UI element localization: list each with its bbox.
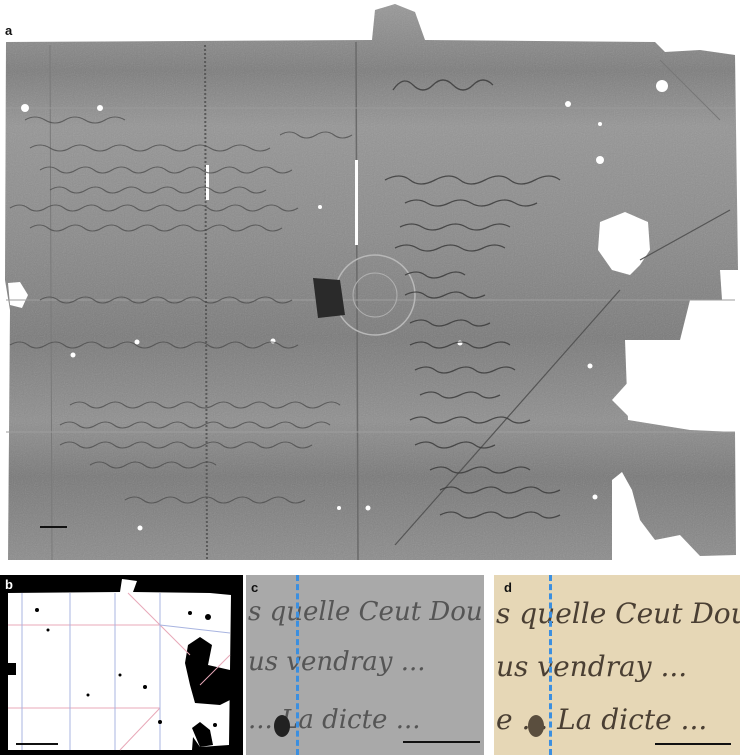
- panel-c-label: c: [251, 580, 258, 595]
- text-line-1: s quelle Ceut Dou: [248, 597, 483, 627]
- text-line-2: us vendray ...: [496, 650, 687, 683]
- ink-blot: [274, 715, 290, 737]
- text-line-1: s quelle Ceut Dou: [496, 597, 740, 630]
- ink-blot: [528, 715, 544, 737]
- panel-b-label: b: [5, 577, 13, 592]
- scale-bar: [16, 743, 58, 745]
- panel-d-label: d: [504, 580, 512, 595]
- letter-scan-image: [0, 0, 740, 565]
- mask-image: [0, 575, 243, 755]
- reference-dashed-line: [549, 575, 552, 755]
- panel-b-binary-mask: b: [0, 575, 243, 755]
- scale-bar: [403, 741, 480, 743]
- panel-c-grayscale-closeup: c s quelle Ceut Dou us vendray ... ... L…: [246, 575, 484, 755]
- scale-bar: [655, 743, 731, 745]
- text-line-3: e ... La dicte ...: [496, 703, 707, 736]
- text-line-2: us vendray ...: [248, 647, 426, 677]
- reference-dashed-line: [296, 575, 299, 755]
- panel-a-letter-scan: a: [0, 0, 740, 565]
- panel-a-label: a: [5, 23, 12, 38]
- panel-d-color-photo-closeup: d s quelle Ceut Dou us vendray ... e ...…: [494, 575, 740, 755]
